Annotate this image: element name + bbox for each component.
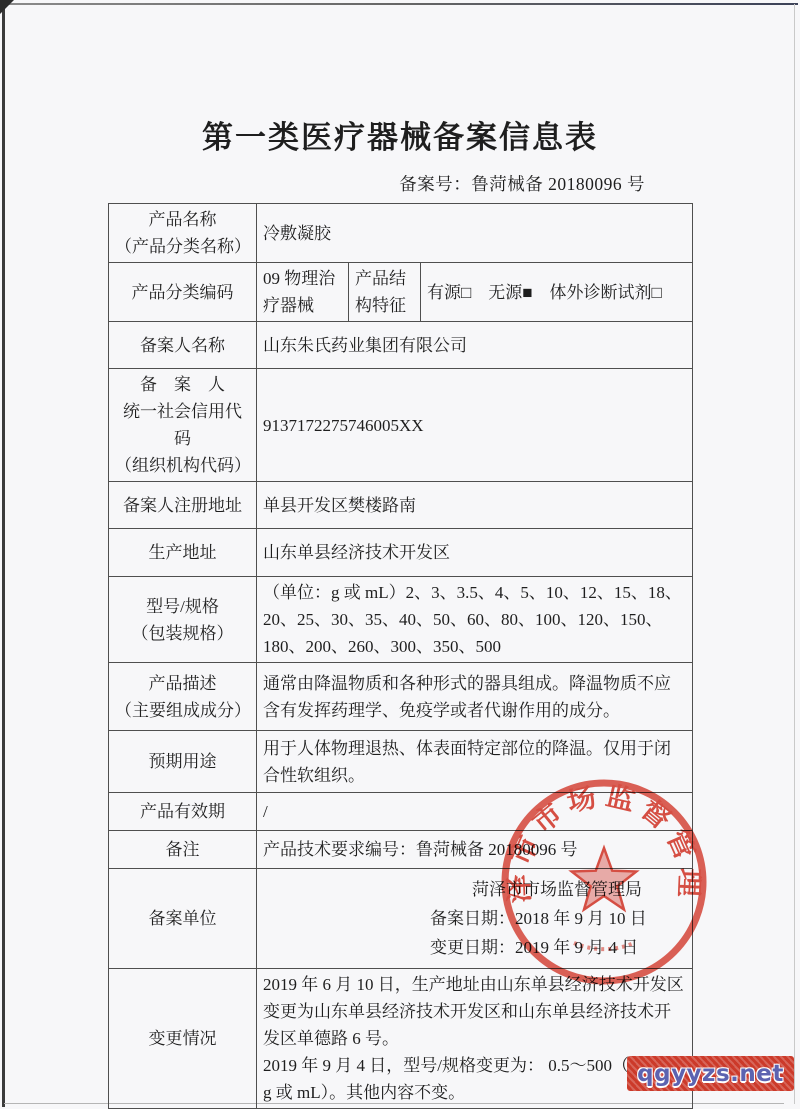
table-row-registrant-name: 备案人名称 山东朱氏药业集团有限公司 xyxy=(109,322,693,369)
row-value: 用于人体物理退热、体表面特定部位的降温。仅用于闭合性软组织。 xyxy=(257,731,693,793)
row-value: 通常由降温物质和各种形式的器具组成。降温物质不应含有发挥药理学、免疫学或者代谢作… xyxy=(257,663,693,731)
row-label: 产品有效期 xyxy=(109,793,257,831)
row-value: 冷敷凝胶 xyxy=(257,204,693,263)
row-label: 生产地址 xyxy=(109,529,257,577)
row-label: 备案单位 xyxy=(109,869,257,969)
structure-feature-checkboxes: 有源□ 无源■ 体外诊断试剂□ xyxy=(421,263,693,322)
structure-feature-label: 产品结 构特征 xyxy=(349,263,421,322)
scan-edge-top xyxy=(6,3,798,5)
row-value: （单位：g 或 mL）2、3、3.5、4、5、10、12、15、18、20、25… xyxy=(257,577,693,663)
filing-unit-block: 菏泽市市场监督管理局 备案日期：2018 年 9 月 10 日 变更日期：201… xyxy=(430,875,684,962)
change-date: 变更日期：2019 年 9 月 4 日 xyxy=(430,933,684,962)
row-label: 产品名称 （产品分类名称） xyxy=(109,204,257,263)
scan-edge-right xyxy=(794,4,795,1104)
row-label: 型号/规格 （包装规格） xyxy=(109,577,257,663)
table-row-change-details: 变更情况 2019 年 6 月 10 日，生产地址由山东单县经济技术开发区变更为… xyxy=(109,969,693,1109)
scan-corner-fold xyxy=(0,0,14,14)
table-row-intended-use: 预期用途 用于人体物理退热、体表面特定部位的降温。仅用于闭合性软组织。 xyxy=(109,731,693,793)
row-value: 产品技术要求编号：鲁菏械备 20180096 号 xyxy=(257,831,693,869)
row-value: 单县开发区樊楼路南 xyxy=(257,482,693,529)
registration-number: 备案号：鲁菏械备 20180096 号 xyxy=(399,171,645,196)
row-label: 备案人注册地址 xyxy=(109,482,257,529)
filing-unit-name: 菏泽市市场监督管理局 xyxy=(430,875,684,904)
table-row-classification-code: 产品分类编码 09 物理治 疗器械 产品结 构特征 有源□ 无源■ 体外诊断试剂… xyxy=(109,263,693,322)
filing-date: 备案日期：2018 年 9 月 10 日 xyxy=(430,904,684,933)
document-title: 第一类医疗器械备案信息表 xyxy=(0,112,800,157)
table-row-model-spec: 型号/规格 （包装规格） （单位：g 或 mL）2、3、3.5、4、5、10、1… xyxy=(109,577,693,663)
table-row-product-description: 产品描述 （主要组成成分） 通常由降温物质和各种形式的器具组成。降温物质不应含有… xyxy=(109,663,693,731)
table-row-remarks: 备注 产品技术要求编号：鲁菏械备 20180096 号 xyxy=(109,831,693,869)
row-label: 备 案 人 统一社会信用代码 （组织机构代码） xyxy=(109,369,257,482)
row-label: 备案人名称 xyxy=(109,322,257,369)
filing-unit-cell: 菏泽市市场监督管理局 备案日期：2018 年 9 月 10 日 变更日期：201… xyxy=(257,869,693,969)
row-value: / xyxy=(257,793,693,831)
row-label: 产品描述 （主要组成成分） xyxy=(109,663,257,731)
table-row-product-name: 产品名称 （产品分类名称） 冷敷凝胶 xyxy=(109,204,693,263)
row-label: 产品分类编码 xyxy=(109,263,257,322)
watermark-badge: qgyyzs.net xyxy=(627,1056,794,1091)
table-row-filing-unit: 备案单位 菏泽市市场监督管理局 备案日期：2018 年 9 月 10 日 变更日… xyxy=(109,869,693,969)
scan-edge-left xyxy=(2,2,5,1107)
table-row-validity-period: 产品有效期 / xyxy=(109,793,693,831)
table-row-registered-address: 备案人注册地址 单县开发区樊楼路南 xyxy=(109,482,693,529)
row-label: 预期用途 xyxy=(109,731,257,793)
row-value: 山东朱氏药业集团有限公司 xyxy=(257,322,693,369)
table-row-production-address: 生产地址 山东单县经济技术开发区 xyxy=(109,529,693,577)
row-value: 9137172275746005XX xyxy=(257,369,693,482)
row-label: 变更情况 xyxy=(109,969,257,1109)
table-row-credit-code: 备 案 人 统一社会信用代码 （组织机构代码） 9137172275746005… xyxy=(109,369,693,482)
watermark-text: qgyyzs.net xyxy=(637,1061,784,1087)
classification-code-value: 09 物理治 疗器械 xyxy=(257,263,349,322)
row-label: 备注 xyxy=(109,831,257,869)
row-value: 山东单县经济技术开发区 xyxy=(257,529,693,577)
filing-info-table: 产品名称 （产品分类名称） 冷敷凝胶 产品分类编码 09 物理治 疗器械 产品结… xyxy=(108,203,693,1109)
